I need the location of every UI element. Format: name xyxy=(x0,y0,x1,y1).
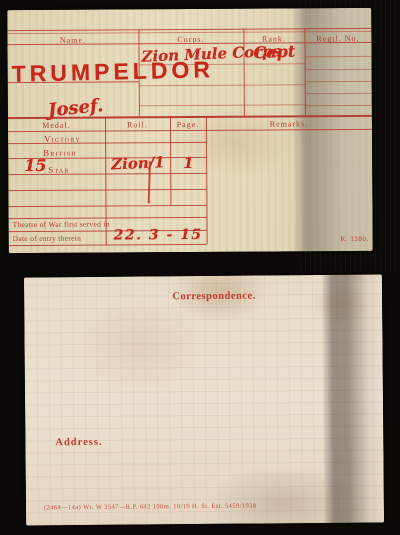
scanned-medal-card-page: { "colors": { "background": "#0b0a08", "… xyxy=(0,0,400,535)
rule-line xyxy=(139,84,305,86)
rule-line xyxy=(9,244,207,246)
medal-index-card: Name. Corps. Rank. Regtl. No. Zion Mule … xyxy=(7,8,372,253)
date-of-entry-value: 22. 3 - 15 xyxy=(114,227,203,244)
rule-line xyxy=(305,93,372,94)
medal-column-label: Medal. xyxy=(8,121,105,131)
rule-line xyxy=(305,81,372,82)
rule-line xyxy=(8,189,206,191)
rule-line xyxy=(305,105,372,106)
column-divider xyxy=(206,116,208,244)
form-number: K. 1380. xyxy=(340,235,368,243)
name-column-label: Name. xyxy=(7,35,138,45)
correspondence-title: Correspondence. xyxy=(134,290,294,302)
rule-line xyxy=(305,56,372,57)
theatre-of-war-label: Theatre of War first served in xyxy=(13,219,110,229)
rule-line xyxy=(305,69,372,70)
printer-imprint: (2464—14a) Wt. W 3547—R.P. 642 100m. 10/… xyxy=(44,503,257,512)
medal-row-victory: Victory xyxy=(44,134,81,144)
rank-entry: Capt xyxy=(253,42,295,63)
rule-line xyxy=(8,205,206,207)
medal-row-star: Star xyxy=(48,165,69,175)
rule-line xyxy=(139,104,305,106)
medal-row-british: British xyxy=(43,148,77,158)
corps-column-label: Corps. xyxy=(138,35,243,45)
regtl-no-column-label: Regtl. No. xyxy=(304,34,371,43)
correspondence-card: Correspondence. Address. (2464—14a) Wt. … xyxy=(24,274,384,525)
star-prefix-entry: 15 xyxy=(24,156,46,175)
remarks-column-label: Remarks. xyxy=(206,119,372,129)
date-of-entry-label: Date of entry therein xyxy=(13,234,82,243)
surname-entry: TRUMPELDOR xyxy=(11,56,214,88)
page-column-label: Page. xyxy=(170,120,206,129)
rule-line xyxy=(8,142,206,144)
page-entry: 1 xyxy=(183,154,194,172)
address-label: Address. xyxy=(55,437,102,448)
roll-entry: Zion/1 xyxy=(111,153,165,173)
roll-column-label: Roll. xyxy=(105,120,170,129)
